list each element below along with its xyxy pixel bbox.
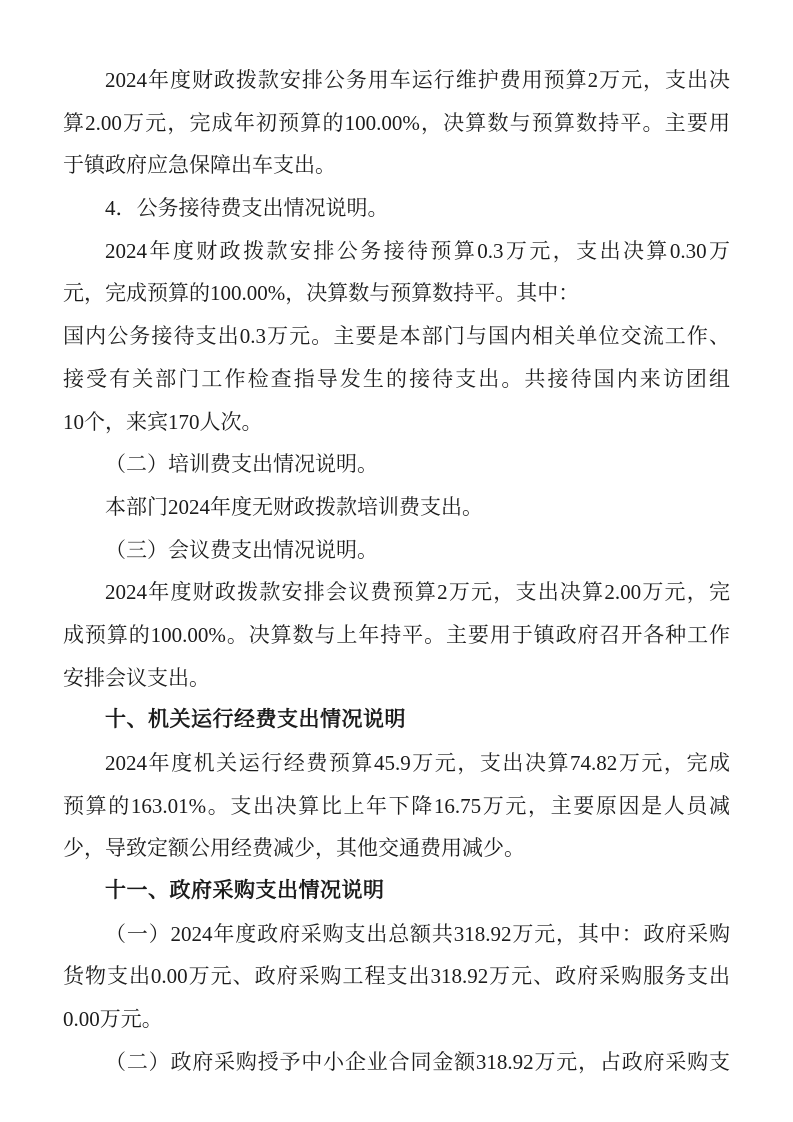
paragraph-line: 于镇政府应急保障出车支出。 [63, 144, 730, 187]
paragraph-line: 2024年度财政拨款安排公务用车运行维护费用预算2万元，支出决 [63, 59, 730, 102]
document-content: 2024年度财政拨款安排公务用车运行维护费用预算2万元，支出决算2.00万元，完… [63, 59, 730, 1084]
paragraph-line: 成预算的100.00%。决算数与上年持平。主要用于镇政府召开各种工作 [63, 614, 730, 657]
section-heading: 十一、政府采购支出情况说明 [63, 870, 730, 913]
paragraph-line: 国内公务接待支出0.3万元。主要是本部门与国内相关单位交流工作、 [63, 315, 730, 358]
paragraph-line: 预算的163.01%。支出决算比上年下降16.75万元，主要原因是人员减 [63, 785, 730, 828]
paragraph-line: （二）政府采购授予中小企业合同金额318.92万元，占政府采购支 [63, 1041, 730, 1084]
paragraph-line: 10个，来宾170人次。 [63, 401, 730, 444]
document-page: 2024年度财政拨款安排公务用车运行维护费用预算2万元，支出决算2.00万元，完… [0, 0, 793, 1122]
paragraph-line: （一）2024年度政府采购支出总额共318.92万元，其中：政府采购 [63, 913, 730, 956]
paragraph-line: 2024年度机关运行经费预算45.9万元，支出决算74.82万元，完成 [63, 742, 730, 785]
paragraph-line: （三）会议费支出情况说明。 [63, 529, 730, 572]
paragraph-line: 4．公务接待费支出情况说明。 [63, 187, 730, 230]
section-heading: 十、机关运行经费支出情况说明 [63, 699, 730, 742]
paragraph-line: 元，完成预算的100.00%，决算数与预算数持平。其中： [63, 272, 730, 315]
paragraph-line: 本部门2024年度无财政拨款培训费支出。 [63, 486, 730, 529]
paragraph-line: 货物支出0.00万元、政府采购工程支出318.92万元、政府采购服务支出 [63, 955, 730, 998]
paragraph-line: 少，导致定额公用经费减少，其他交通费用减少。 [63, 827, 730, 870]
paragraph-line: 算2.00万元，完成年初预算的100.00%，决算数与预算数持平。主要用 [63, 102, 730, 145]
paragraph-line: 接受有关部门工作检查指导发生的接待支出。共接待国内来访团组 [63, 358, 730, 401]
paragraph-line: （二）培训费支出情况说明。 [63, 443, 730, 486]
paragraph-line: 2024年度财政拨款安排会议费预算2万元，支出决算2.00万元，完 [63, 571, 730, 614]
paragraph-line: 安排会议支出。 [63, 657, 730, 700]
paragraph-line: 0.00万元。 [63, 998, 730, 1041]
paragraph-line: 2024年度财政拨款安排公务接待预算0.3万元，支出决算0.30万 [63, 230, 730, 273]
